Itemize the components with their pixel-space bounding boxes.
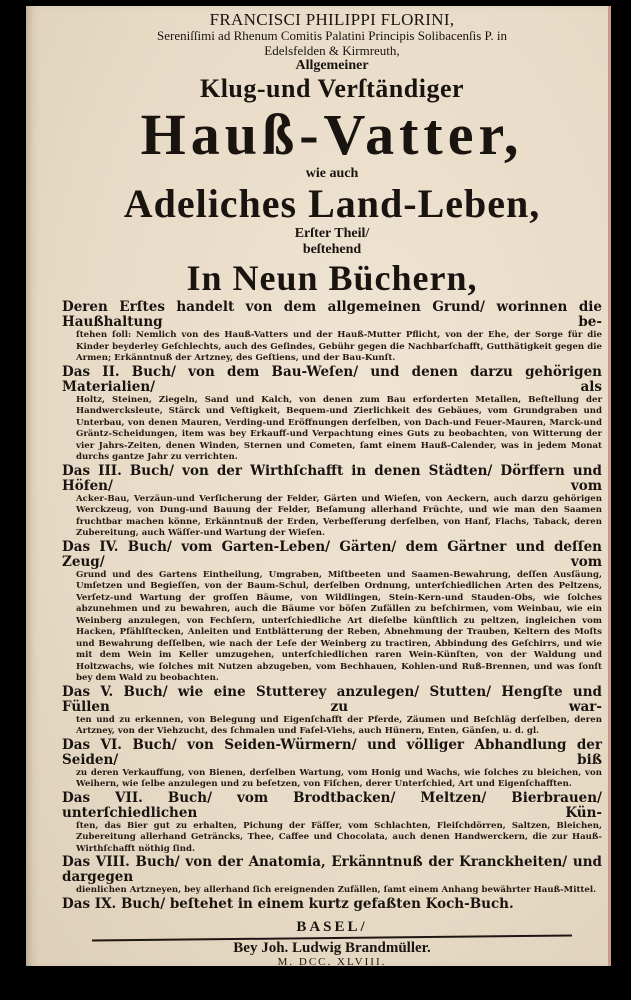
book-4-body: Grund und des Gartens Eintheilung, Umgra… [62, 570, 602, 685]
author-name: FRANCISCI PHILIPPI FLORINI, [62, 11, 602, 28]
books-list: Deren Erſtes handelt von dem allgemeinen… [62, 300, 602, 912]
book-1-body: ſtehen ſoll: Nemlich von des Hauß-Vatter… [62, 330, 602, 365]
book-5-head: Das V. Buch/ wie eine Stutterey anzulege… [62, 685, 602, 715]
book-entry-6: Das VI. Buch/ von Seiden-Würmern/ und vö… [62, 738, 602, 791]
subtitle: Klug-und Verſtändiger [62, 74, 602, 104]
book-2-body: Holtz, Steinen, Ziegeln, Sand und Kalch,… [62, 395, 602, 464]
book-6-head: Das VI. Buch/ von Seiden-Würmern/ und vö… [62, 738, 602, 768]
author-title-line-2: Edelsfelden & Kirmreuth, [62, 43, 602, 58]
adjective-line: Allgemeiner [62, 58, 602, 74]
second-title: Adeliches Land-Leben, [62, 182, 602, 226]
book-3-head: Das III. Buch/ von der Wirthſchafft in d… [62, 464, 602, 494]
book-entry-5: Das V. Buch/ wie eine Stutterey anzulege… [62, 685, 602, 738]
consisting-label: beſtehend [62, 242, 602, 258]
book-7-body: ſten, das Bier gut zu erhalten, Pichung … [62, 821, 602, 856]
book-9-head: Das IX. Buch/ beſtehet in einem kurtz ge… [62, 897, 602, 912]
book-entry-9: Das IX. Buch/ beſtehet in einem kurtz ge… [62, 897, 602, 912]
book-2-head: Das II. Buch/ von dem Bau-Weſen/ und den… [62, 365, 602, 395]
book-entry-8: Das VIII. Buch/ von der Anatomia, Erkänn… [62, 855, 602, 897]
main-title: Hauß-Vatter, [62, 104, 602, 166]
connector-text: wie auch [62, 166, 602, 182]
imprint-city: BASEL/ [62, 920, 602, 935]
imprint-date: M. DCC. XLVIII. [62, 957, 602, 968]
book-7-head: Das VII. Buch/ vom Brodtbacken/ Meltzen/… [62, 791, 602, 821]
books-title: In Neun Büchern, [62, 258, 602, 298]
imprint-printer: Bey Joh. Ludwig Brandmüller. [62, 941, 602, 956]
book-4-head: Das IV. Buch/ vom Garten-Leben/ Gärten/ … [62, 540, 602, 570]
book-entry-4: Das IV. Buch/ vom Garten-Leben/ Gärten/ … [62, 540, 602, 685]
title-page-content: FRANCISCI PHILIPPI FLORINI, Sereniſſimi … [62, 10, 602, 968]
book-8-head: Das VIII. Buch/ von der Anatomia, Erkänn… [62, 855, 602, 885]
part-label: Erſter Theil/ [62, 226, 602, 242]
book-6-body: zu deren Verkauffung, von Bienen, derſel… [62, 768, 602, 791]
author-title-line-1: Sereniſſimi ad Rhenum Comitis Palatini P… [62, 28, 602, 43]
book-1-head: Deren Erſtes handelt von dem allgemeinen… [62, 300, 602, 330]
book-entry-7: Das VII. Buch/ vom Brodtbacken/ Meltzen/… [62, 791, 602, 856]
book-entry-2: Das II. Buch/ von dem Bau-Weſen/ und den… [62, 365, 602, 464]
book-entry-3: Das III. Buch/ von der Wirthſchafft in d… [62, 464, 602, 540]
book-entry-1: Deren Erſtes handelt von dem allgemeinen… [62, 300, 602, 365]
book-3-body: Acker-Bau, Verzäun-und Verſicherung der … [62, 494, 602, 540]
book-8-body: dienlichen Artzneyen, bey allerhand ſich… [62, 885, 602, 897]
book-5-body: ten und zu erkennen, von Belegung und Ei… [62, 715, 602, 738]
